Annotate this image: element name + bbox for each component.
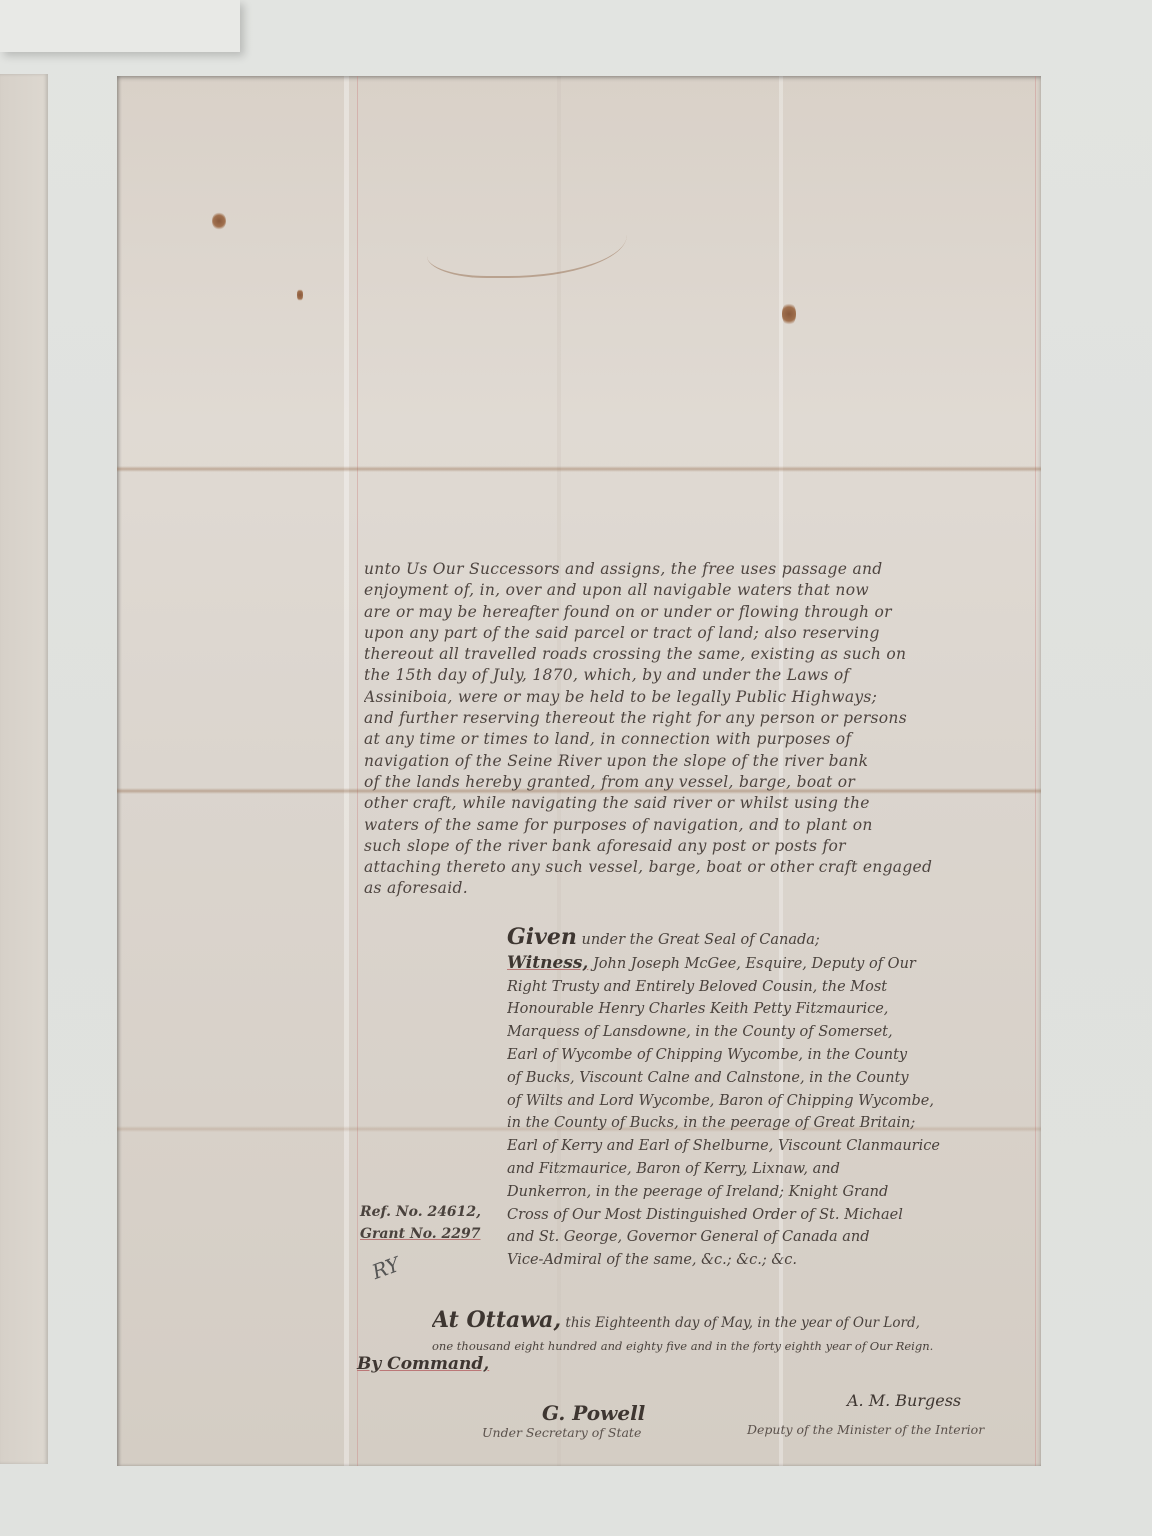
text-line: enjoyment of, in, over and upon all navi… xyxy=(364,580,1029,601)
signature-name: G. Powell xyxy=(542,1401,645,1425)
text-line: navigation of the Seine River upon the s… xyxy=(364,751,1029,772)
paper-tear xyxy=(427,206,627,278)
by-command-heading: By Command, xyxy=(357,1354,489,1374)
text-line: Vice-Admiral of the same, &c.; &c.; &c. xyxy=(507,1249,1047,1272)
grant-body-text: unto Us Our Successors and assigns, the … xyxy=(364,559,1029,900)
text-line: thereout all travelled roads crossing th… xyxy=(364,644,1029,665)
text-line: Assiniboia, were or may be held to be le… xyxy=(364,687,1029,708)
text-line: Honourable Henry Charles Keith Petty Fit… xyxy=(507,998,1047,1021)
signature-title: Deputy of the Minister of the Interior xyxy=(747,1422,984,1437)
stain xyxy=(212,212,226,230)
fold-line xyxy=(117,466,1041,472)
clerk-initials: RY xyxy=(369,1252,403,1284)
signature-powell: G. Powell Under Secretary of State xyxy=(482,1401,645,1440)
text-line: one thousand eight hundred and eighty fi… xyxy=(432,1335,1052,1358)
text-line: Right Trusty and Entirely Beloved Cousin… xyxy=(507,976,1047,999)
text-line: and further reserving thereout the right… xyxy=(364,708,1029,729)
adjacent-framed-document xyxy=(0,74,48,1464)
reference-numbers: Ref. No. 24612, Grant No. 2297 xyxy=(360,1201,481,1245)
text-line: Dunkerron, in the peerage of Ireland; Kn… xyxy=(507,1181,1047,1204)
text-line: attaching thereto any such vessel, barge… xyxy=(364,857,1029,878)
stain xyxy=(297,288,303,302)
text-line: this Eighteenth day of May, in the year … xyxy=(565,1315,920,1331)
text-line: as aforesaid. xyxy=(364,878,1029,899)
text-line: Marquess of Lansdowne, in the County of … xyxy=(507,1021,1047,1044)
text-line: at any time or times to land, in connect… xyxy=(364,729,1029,750)
land-grant-document: unto Us Our Successors and assigns, the … xyxy=(117,76,1041,1466)
dated-clause: At Ottawa, this Eighteenth day of May, i… xyxy=(432,1309,1052,1358)
grant-number: Grant No. 2297 xyxy=(360,1223,481,1245)
text-line: in the County of Bucks, in the peerage o… xyxy=(507,1112,1047,1135)
given-under-seal-block: Given under the Great Seal of Canada; Wi… xyxy=(507,926,1047,1272)
text-line: of the lands hereby granted, from any ve… xyxy=(364,772,1029,793)
text-line: such slope of the river bank aforesaid a… xyxy=(364,836,1029,857)
text-line: unto Us Our Successors and assigns, the … xyxy=(364,559,1029,580)
witness-heading: Witness, xyxy=(507,953,588,973)
signature-name: A. M. Burgess xyxy=(847,1391,984,1410)
text-line: the 15th day of July, 1870, which, by an… xyxy=(364,665,1029,686)
signature-burgess: A. M. Burgess Deputy of the Minister of … xyxy=(747,1391,984,1437)
text-line: Earl of Wycombe of Chipping Wycombe, in … xyxy=(507,1044,1047,1067)
signature-title: Under Secretary of State xyxy=(482,1425,645,1440)
text-line: upon any part of the said parcel or trac… xyxy=(364,623,1029,644)
text-line: are or may be hereafter found on or unde… xyxy=(364,602,1029,623)
text-line: of Bucks, Viscount Calne and Calnstone, … xyxy=(507,1067,1047,1090)
stain xyxy=(782,302,796,326)
given-heading: Given xyxy=(507,926,577,950)
adjacent-card xyxy=(0,0,240,52)
margin-rule xyxy=(357,76,358,1466)
text-line: and Fitzmaurice, Baron of Kerry, Lixnaw,… xyxy=(507,1158,1047,1181)
text-line: Earl of Kerry and Earl of Shelburne, Vis… xyxy=(507,1135,1047,1158)
text-line: under the Great Seal of Canada; xyxy=(582,932,820,948)
text-line: Cross of Our Most Distinguished Order of… xyxy=(507,1204,1047,1227)
text-line: and St. George, Governor General of Cana… xyxy=(507,1226,1047,1249)
place-heading: At Ottawa, xyxy=(432,1309,561,1333)
text-line: waters of the same for purposes of navig… xyxy=(364,815,1029,836)
text-line: of Wilts and Lord Wycombe, Baron of Chip… xyxy=(507,1090,1047,1113)
ref-number: Ref. No. 24612, xyxy=(360,1201,481,1223)
text-line: other craft, while navigating the said r… xyxy=(364,793,1029,814)
text-line: John Joseph McGee, Esquire, Deputy of Ou… xyxy=(593,956,916,972)
